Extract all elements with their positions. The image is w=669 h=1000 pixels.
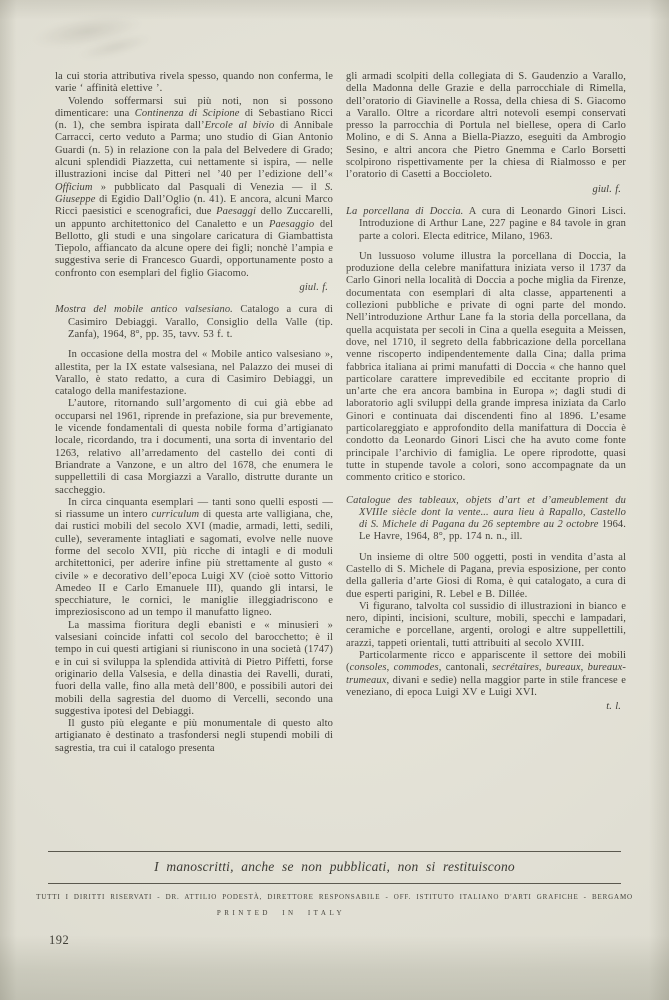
paragraph: La massima fioritura degli ebanisti e « … — [55, 620, 333, 718]
paragraph: Un lussuoso volume illustra la porcellan… — [346, 251, 626, 485]
paragraph: Vi figurano, talvolta col sussidio di il… — [346, 601, 626, 650]
right-column: gli armadi scolpiti della collegiata di … — [346, 71, 626, 853]
bibliography-entry: La porcellana di Doccia. A cura di Leona… — [346, 206, 626, 243]
manuscripts-notice: I manoscritti, anche se non pubblicati, … — [48, 859, 621, 875]
bibliography-entry: Catalogue des tableaux, objets d’art et … — [346, 495, 626, 544]
footer-rule-bottom — [48, 883, 621, 884]
credits-line: TUTTI I DIRITTI RISERVATI - DR. ATTILIO … — [0, 893, 669, 901]
review-signature: t. l. — [346, 701, 626, 713]
text-columns: la cui storia attributiva rivela spesso,… — [55, 71, 626, 853]
scanned-book-page: la cui storia attributiva rivela spesso,… — [0, 0, 669, 1000]
bibliography-entry: Mostra del mobile antico valsesiano. Cat… — [55, 304, 333, 341]
review-signature: giul. f. — [346, 184, 626, 196]
pencil-smudge — [21, 0, 166, 61]
paragraph: la cui storia attributiva rivela spesso,… — [55, 71, 333, 96]
review-signature: giul. f. — [55, 282, 333, 294]
pencil-smudge — [68, 23, 162, 70]
paragraph: In occasione della mostra del « Mobile a… — [55, 349, 333, 398]
page-number: 192 — [49, 933, 69, 948]
footer-rule-top — [48, 851, 621, 852]
paragraph: Il gusto più elegante e più monumentale … — [55, 718, 333, 755]
paragraph: In circa cinquanta esemplari — tanti son… — [55, 497, 333, 620]
left-column: la cui storia attributiva rivela spesso,… — [55, 71, 333, 853]
paragraph: Un insieme di oltre 500 oggetti, posti i… — [346, 552, 626, 601]
paragraph: Particolarmente ricco e appariscente il … — [346, 650, 626, 699]
paragraph: Volendo soffermarsi sui più noti, non si… — [55, 96, 333, 280]
paragraph: gli armadi scolpiti della collegiata di … — [346, 71, 626, 182]
paragraph: L’autore, ritornando sull’argomento di c… — [55, 398, 333, 496]
printed-in-italy: PRINTED IN ITALY — [0, 909, 562, 917]
